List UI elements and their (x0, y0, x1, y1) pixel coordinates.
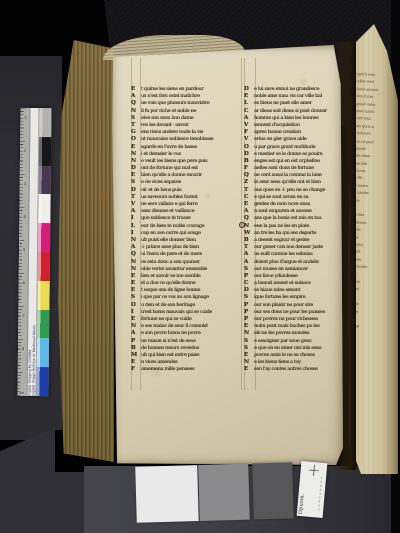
manuscript-line: Egentes de mon nove ansa (244, 201, 350, 208)
edge-stain (98, 190, 108, 203)
line-text: e essoigner par soue gens (254, 338, 311, 344)
line-initial: N (244, 223, 254, 229)
line-initial: V (131, 201, 141, 207)
line-text: apres bonne creation (254, 129, 301, 135)
page-stack-edge (58, 40, 114, 462)
line-text: our gener con nos denuer juste (254, 244, 323, 250)
line-text: iennent d'acquisition (254, 122, 300, 128)
line-initial: A (244, 251, 254, 257)
line-initial: E (131, 287, 141, 293)
line-text: ne raison si n'est de seus (141, 338, 196, 344)
line-initial: V (244, 122, 254, 128)
facing-line: et bone amour (352, 85, 391, 94)
line-initial: N (131, 323, 141, 329)
manuscript-line: Tour gener con nos denuer juste (244, 244, 350, 251)
line-text: ne sers vallans e qui ferre (141, 201, 197, 207)
line-text: our ses dons ne pour les puisses (254, 309, 325, 315)
line-text: eue la pas ne les en plate (254, 223, 309, 229)
line-initial: L (244, 100, 254, 106)
photograph-stage: ci gist li versq i plus vautet bone amou… (0, 0, 400, 533)
gray-patch-dark-gray (252, 462, 294, 519)
line-initial: E (131, 316, 141, 322)
line-initial: D (131, 187, 141, 193)
manuscript-line: Des hiaue ndes senant (244, 287, 350, 294)
line-initial: I (131, 309, 141, 315)
line-text: ne vois que pluseurs mauvistre (141, 100, 209, 106)
manuscript-line: Vne sers vallans e qui ferre (131, 201, 244, 208)
line-text: povres amis le ne es choses (254, 352, 315, 358)
line-initial: V (244, 136, 254, 142)
line-text: ertus en gler grave aide (254, 136, 307, 142)
manuscript-line: Pour lieue ydiaulesse (244, 273, 350, 280)
line-text: ens riens andere toute la vie (141, 129, 203, 135)
line-text: cop en ave ourre qui songe (141, 230, 201, 236)
color-patch-red (38, 252, 50, 281)
manuscript-line: Ebien qu'elle a donne mourir (131, 172, 244, 179)
line-text: fortune ne qui se vuide (141, 316, 192, 322)
manuscript-line: In'est homs mauvais qui se cuide (131, 309, 244, 316)
marginal-paraph (239, 222, 245, 228)
manuscript-line: Nult puist elle donner bien (131, 237, 244, 244)
line-text: bien qu'elle a donne mourir (141, 172, 202, 178)
line-initial: N (131, 259, 141, 265)
line-initial: S (244, 266, 254, 272)
gray-patch-mid-gray (198, 464, 250, 521)
line-initial: N (131, 158, 141, 164)
ruler-number: 4 (23, 215, 25, 219)
line-initial: S (131, 294, 141, 300)
line-text: eive son mon bon dame (141, 115, 193, 121)
calibration-card: 12345678 cm Digital Imaging by DIAMM Dig… (17, 108, 51, 396)
manuscript-line: Dont de fortune qui mal est (131, 165, 244, 172)
manuscript-line: Elien et savoir se me samble (131, 273, 244, 280)
color-patch-blue (36, 367, 48, 396)
manuscript-page: Et quime les siens en pardeurAus n'est f… (110, 44, 343, 465)
line-initial: W (244, 230, 254, 236)
manuscript-line: Ba desent esgnur et gedse (244, 237, 350, 244)
line-initial: A (131, 208, 141, 214)
line-initial: E (244, 201, 254, 207)
line-initial: N (244, 359, 254, 365)
ruler-number: 8 (22, 347, 24, 351)
facing-line: q i plus vaut (353, 77, 392, 86)
line-text: gentes de mon nove ansa (254, 201, 310, 207)
line-text: u rien et de son heritage (141, 302, 195, 308)
color-patch-yellow (37, 281, 49, 310)
line-initial: C (244, 108, 254, 114)
manuscript-line: Viennent d'acquisition (244, 122, 350, 129)
manuscript-line: Ique noblesce te trusse (131, 215, 244, 222)
line-text: a beausl assent et suisace (254, 280, 311, 286)
line-text: ult qui bien est entre paies (141, 352, 199, 358)
line-text: sgarde en l'uvre de basse (141, 144, 197, 150)
manuscript-line: Famemena mille pensees (131, 366, 244, 373)
manuscript-line: Et esque uns de ligne bonne (131, 287, 244, 294)
manuscript-line: Car dieus soit dieus si puet donner (244, 108, 350, 115)
line-text: ar dieus soit dieus si puet donner (254, 108, 327, 114)
manuscript-line: Tous ques en ·i· peu ne se change (244, 187, 350, 194)
manuscript-line: Pour ses dons ne pour les puisses (244, 309, 350, 316)
line-initial: G (131, 129, 141, 135)
line-initial: E (244, 323, 254, 329)
line-initial: Q (131, 100, 141, 106)
line-text: enges est qui en est orpheline (254, 158, 320, 164)
manuscript-line: Les biens ne puet elle amer (244, 100, 350, 107)
line-text: ui l'nera de pere et de mere (141, 251, 202, 257)
line-initial: P (244, 309, 254, 315)
line-initial: B (244, 237, 254, 243)
manuscript-line: Sout muses en samiancer (244, 266, 350, 273)
line-text: e ses mains de seur il connoist (141, 323, 208, 329)
line-text: res les devant · savoir (141, 122, 189, 128)
text-column-left: Et quime les siens en pardeurAus n'est f… (131, 86, 244, 374)
line-text: n'est homs mauvais qui se cuide (141, 309, 212, 315)
ruler-number: 7 (22, 314, 24, 318)
line-initial: F (244, 165, 254, 171)
line-text: our son plaisir ne pour sire (254, 302, 313, 308)
line-initial: C (244, 194, 254, 200)
manuscript-line: Pne raison si n'est de seus (131, 338, 244, 345)
line-text: nefles sont dons de fortune (254, 165, 314, 171)
manuscript-line: Zin seur sens qu'elle ont et bien (244, 179, 350, 186)
line-initial: D (244, 151, 254, 157)
line-initial: A (131, 244, 141, 250)
line-text: ssez dieuses et vaillance (141, 208, 194, 214)
manuscript-line: De lui save ennui ne grandesce (244, 86, 350, 93)
ruler-unit-label: cm (20, 391, 25, 395)
line-text: e de vices separes (141, 179, 181, 185)
manuscript-line: Enoble ame mau vis car ville bal (244, 93, 350, 100)
manuscript-line: Seive son mon bon dame (131, 115, 244, 122)
line-initial: S (244, 294, 254, 300)
line-text: an tre les ha qui ses departe (254, 230, 316, 236)
manuscript-line: Est a due ce qu'elle donne (131, 280, 244, 287)
manuscript-line: Epovres amis le ne es choses (244, 352, 350, 359)
manuscript-line: Ca beausl assent et suisace (244, 280, 350, 287)
manuscript-line: Ce qui se sont avran en sa (244, 194, 350, 201)
ruler-number: 1 (24, 116, 26, 120)
manuscript-line: Benges est qui en est orpheline (244, 158, 350, 165)
manuscript-line: Ne veult les biens que pere puis (131, 158, 244, 165)
line-initial: A (131, 93, 141, 99)
manuscript-line: En vices amendes (131, 359, 244, 366)
manuscript-line: Fapres bonne creation (244, 129, 350, 136)
manuscript-line: Qans que la bonis est mis en tau (244, 215, 350, 222)
manuscript-line: Ahomme qui a bien les bonnes (244, 115, 350, 122)
line-initial: O (131, 302, 141, 308)
line-text: noble ame mau vis car ville bal (254, 93, 322, 99)
line-initial: O (244, 144, 254, 150)
line-text: us saveours nobles furent (141, 194, 198, 200)
line-text: t quime les siens en pardeur (141, 86, 203, 92)
line-initial: T (244, 244, 254, 250)
line-initial: O (131, 136, 141, 142)
manuscript-line: Ou rien et de son heritage (131, 302, 244, 309)
manuscript-line: Se essoigner par soue gens (244, 338, 350, 345)
line-text: i et demsler le vus (141, 151, 181, 157)
line-initial: M (131, 352, 141, 358)
line-text: es hiaue ndes senant (254, 287, 300, 293)
manuscript-line: Et quime les siens en pardeur (131, 86, 244, 93)
line-initial: N (131, 266, 141, 272)
line-text: ne cent aussi la comme la lune (254, 172, 322, 178)
line-initial: E (131, 172, 141, 178)
manuscript-line: Nos esta donc a son quamer (131, 259, 244, 266)
manuscript-line: Neue la pas ne les en plate (244, 223, 350, 230)
manuscript-line: Sique fortune les empire (244, 294, 350, 301)
line-initial: D (244, 86, 254, 92)
line-initial: F (131, 366, 141, 372)
text-column-right: De lui save ennui ne grandesceEnoble ame… (244, 86, 350, 374)
line-text: es biens ne puet elle amer (254, 100, 312, 106)
manuscript-line: Aus n'est fors ostel malichre (131, 93, 244, 100)
line-initial: P (244, 316, 254, 322)
line-text: e lui save ennui ne grandesce (254, 86, 319, 92)
color-patch-cyan (37, 338, 49, 367)
manuscript-line: Qui l'nera de pere et de mere (131, 251, 244, 258)
line-initial: B (244, 158, 254, 164)
line-text: ult puist elle donner bien (141, 237, 196, 243)
manuscript-line: Tus saveours nobles furent (131, 194, 244, 201)
line-text: e que on en amer ont mis sens (254, 345, 321, 351)
manuscript-line: Bde bonnes meurs revestus (131, 345, 244, 352)
line-initial: E (131, 273, 141, 279)
line-text: a desent esgnur et gedse (254, 237, 309, 243)
line-initial: S (244, 345, 254, 351)
line-initial: S (131, 115, 141, 121)
manuscript-line: Pour son plaisir ne pour sire (244, 302, 350, 309)
line-text: doient plus d'argue et andelic (254, 259, 319, 265)
manuscript-line: Ni et demsler le vus (131, 151, 244, 158)
line-text: us euill comme les esbnias (254, 251, 313, 257)
line-text: os esta donc a son quamer (141, 259, 200, 265)
manuscript-line: Qne vois que pluseurs mauvistre (131, 100, 244, 107)
line-initial: E (244, 366, 254, 372)
line-initial: A (244, 259, 254, 265)
line-text: que noblesce te trusse (141, 215, 190, 221)
line-text: our lieue ydiaulesse (254, 273, 298, 279)
manuscript-line: Assez dieuses et vaillance (131, 208, 244, 215)
handwritten-note (318, 477, 322, 511)
line-initial: L (131, 223, 141, 229)
manuscript-line: Tres les devant · savoir (131, 122, 244, 129)
manuscript-line: Si que par ce vos au son lignage (131, 294, 244, 301)
line-text: t esque uns de ligne bonne (141, 287, 200, 293)
ruler-number: 5 (23, 248, 25, 252)
line-initial: I (131, 215, 141, 221)
manuscript-line: Pour povres ne pour richesses (244, 316, 350, 323)
manuscript-line: Se de vices separes (131, 179, 244, 186)
manuscript-line: Aus euill comme les esbnias (244, 251, 350, 258)
line-initial: C (244, 280, 254, 286)
line-text: elicue les povres mondes (254, 330, 309, 336)
manuscript-line: Fnefles sont dons de fortune (244, 165, 350, 172)
manuscript-line: Ne ses mains de seur il connoist (131, 323, 244, 330)
line-text: in seur sens qu'elle ont et bien (254, 179, 321, 185)
color-patch-magenta (38, 223, 50, 252)
line-initial: P (244, 273, 254, 279)
manuscript-line: De mestier se le donne se pouire (244, 151, 350, 158)
manuscript-line: Ne les biens tiens a toy (244, 359, 350, 366)
line-initial: E (131, 86, 141, 92)
manuscript-line: An sont empuren et ansone (244, 208, 350, 215)
color-patch-black (39, 137, 51, 166)
manuscript-line: Esen l'ay contes autres choses (244, 366, 350, 373)
line-initial: Q (131, 251, 141, 257)
line-initial: E (131, 280, 141, 286)
line-initial: E (131, 144, 141, 150)
line-initial: T (244, 187, 254, 193)
line-text: st a due ce qu'elle donne (141, 280, 195, 286)
line-initial: S (244, 338, 254, 344)
manuscript-line: Ont mauvaise noblesce tenoblasse (131, 136, 244, 143)
line-initial: T (131, 122, 141, 128)
line-text: e les biens tiens a toy (254, 359, 301, 365)
line-text: homme qui a bien les bonnes (254, 115, 318, 121)
manuscript-line: Wan tre les ha qui ses departe (244, 230, 350, 237)
line-initial: E (244, 93, 254, 99)
line-text: ·i· prince asse plus de bien (141, 244, 199, 250)
line-text: il fu por riche et noble ne (141, 108, 196, 114)
line-initial: N (244, 330, 254, 336)
color-patch-white (38, 194, 50, 223)
line-text: ans que la bonis est mis en tau (254, 215, 321, 221)
line-initial: I (131, 230, 141, 236)
manuscript-line: Nil fu por riche et noble ne (131, 108, 244, 115)
line-initial: F (244, 129, 254, 135)
ruler-number: 6 (23, 281, 25, 285)
line-text: oble verist savantur ensemble (141, 266, 207, 272)
line-text: ous ques en ·i· peu ne se change (254, 187, 325, 193)
line-initial: A (244, 115, 254, 121)
manuscript-line: Se que on en amer ont mis sens (244, 345, 350, 352)
line-initial: A (244, 208, 254, 214)
ruler-number: 3 (24, 182, 26, 186)
line-text: nuirs pont mais buches po les (254, 323, 319, 329)
line-initial: P (244, 302, 254, 308)
line-initial: P (131, 338, 141, 344)
line-text: sen l'ay contes autres choses (254, 366, 318, 372)
manuscript-line: Mult qui bien est entre paies (131, 352, 244, 359)
manuscript-line: Doir et de beus puis (131, 187, 244, 194)
line-text: out muses en samiancer (254, 266, 308, 272)
manuscript-line: Adoient plus d'argue et andelic (244, 259, 350, 266)
manuscript-line: Qne cent aussi la comme la lune (244, 172, 350, 179)
manuscript-line: Ae son povre homs ne povre (131, 330, 244, 337)
manuscript-line: Enuirs pont mais buches po les (244, 323, 350, 330)
line-text: our povres ne pour richesses (254, 316, 318, 322)
line-initial: N (131, 237, 141, 243)
manuscript-line: Esgarde en l'uvre de basse (131, 144, 244, 151)
line-text: u par grace grant multitude (254, 144, 315, 150)
line-text: oir et de beus puis (141, 187, 181, 193)
manuscript-line: A·i· prince asse plus de bien (131, 244, 244, 251)
line-text: de bonnes meurs revestus (141, 345, 199, 351)
gray-patch-white (135, 465, 199, 523)
manuscript-line: Efortune ne qui se vuide (131, 316, 244, 323)
line-text: e qui se sont avran en sa (254, 194, 308, 200)
ruler-number: 2 (24, 149, 26, 153)
facing-line: de grant valor (350, 100, 389, 109)
manuscript-line: Icop en ave ourre qui songe (131, 230, 244, 237)
line-initial: E (131, 359, 141, 365)
facing-line: si com li rois (351, 92, 390, 101)
line-text: ont de fortune qui mal est (141, 165, 198, 171)
focus-target-label: + Opusm. (297, 461, 328, 518)
line-initial: Q (244, 215, 254, 221)
line-initial: T (131, 194, 141, 200)
line-initial: D (244, 287, 254, 293)
line-initial: N (131, 151, 141, 157)
line-initial: Q (244, 172, 254, 178)
line-initial: B (131, 345, 141, 351)
manuscript-line: Nelicue les povres mondes (244, 330, 350, 337)
manuscript-line: Ou par grace grant multitude (244, 144, 350, 151)
line-text: n sont empuren et ansone (254, 208, 312, 214)
manuscript-line: Gens riens andere toute la vie (131, 129, 244, 136)
color-patch-dark-purple (39, 166, 51, 195)
line-initial: E (244, 352, 254, 358)
line-initial: N (131, 108, 141, 114)
crosshair-icon: + (307, 461, 321, 481)
line-text: eur de bien te noble courage (141, 223, 204, 229)
manuscript-line: Leur de bien te noble courage (131, 223, 244, 230)
facing-line: ci gist li vers (353, 70, 392, 79)
line-text: amemena mille pensees (141, 366, 194, 372)
line-initial: A (131, 330, 141, 336)
line-text: i que par ce vos au son lignage (141, 294, 209, 300)
line-text: n vices amendes (141, 359, 178, 365)
line-initial: D (131, 165, 141, 171)
focus-label-text: Opusm. (298, 493, 306, 515)
color-patch-green (37, 310, 49, 339)
line-text: e veult les biens que pere puis (141, 158, 207, 164)
line-initial: S (131, 179, 141, 185)
line-text: ique fortune les empire (254, 294, 305, 300)
line-initial: Z (244, 179, 254, 185)
line-text: e mestier se le donne se pouire (254, 151, 322, 157)
line-text: lien et savoir se me samble (141, 273, 201, 279)
line-text: us n'est fors ostel malichre (141, 93, 200, 99)
color-patch-light-gray (39, 108, 51, 137)
manuscript-line: Vertus en gler grave aide (244, 136, 350, 143)
line-text: e son povre homs ne povre (141, 330, 200, 336)
line-text: nt mauvaise noblesce tenoblasse (141, 136, 213, 142)
manuscript-line: Noble verist savantur ensemble (131, 266, 244, 273)
